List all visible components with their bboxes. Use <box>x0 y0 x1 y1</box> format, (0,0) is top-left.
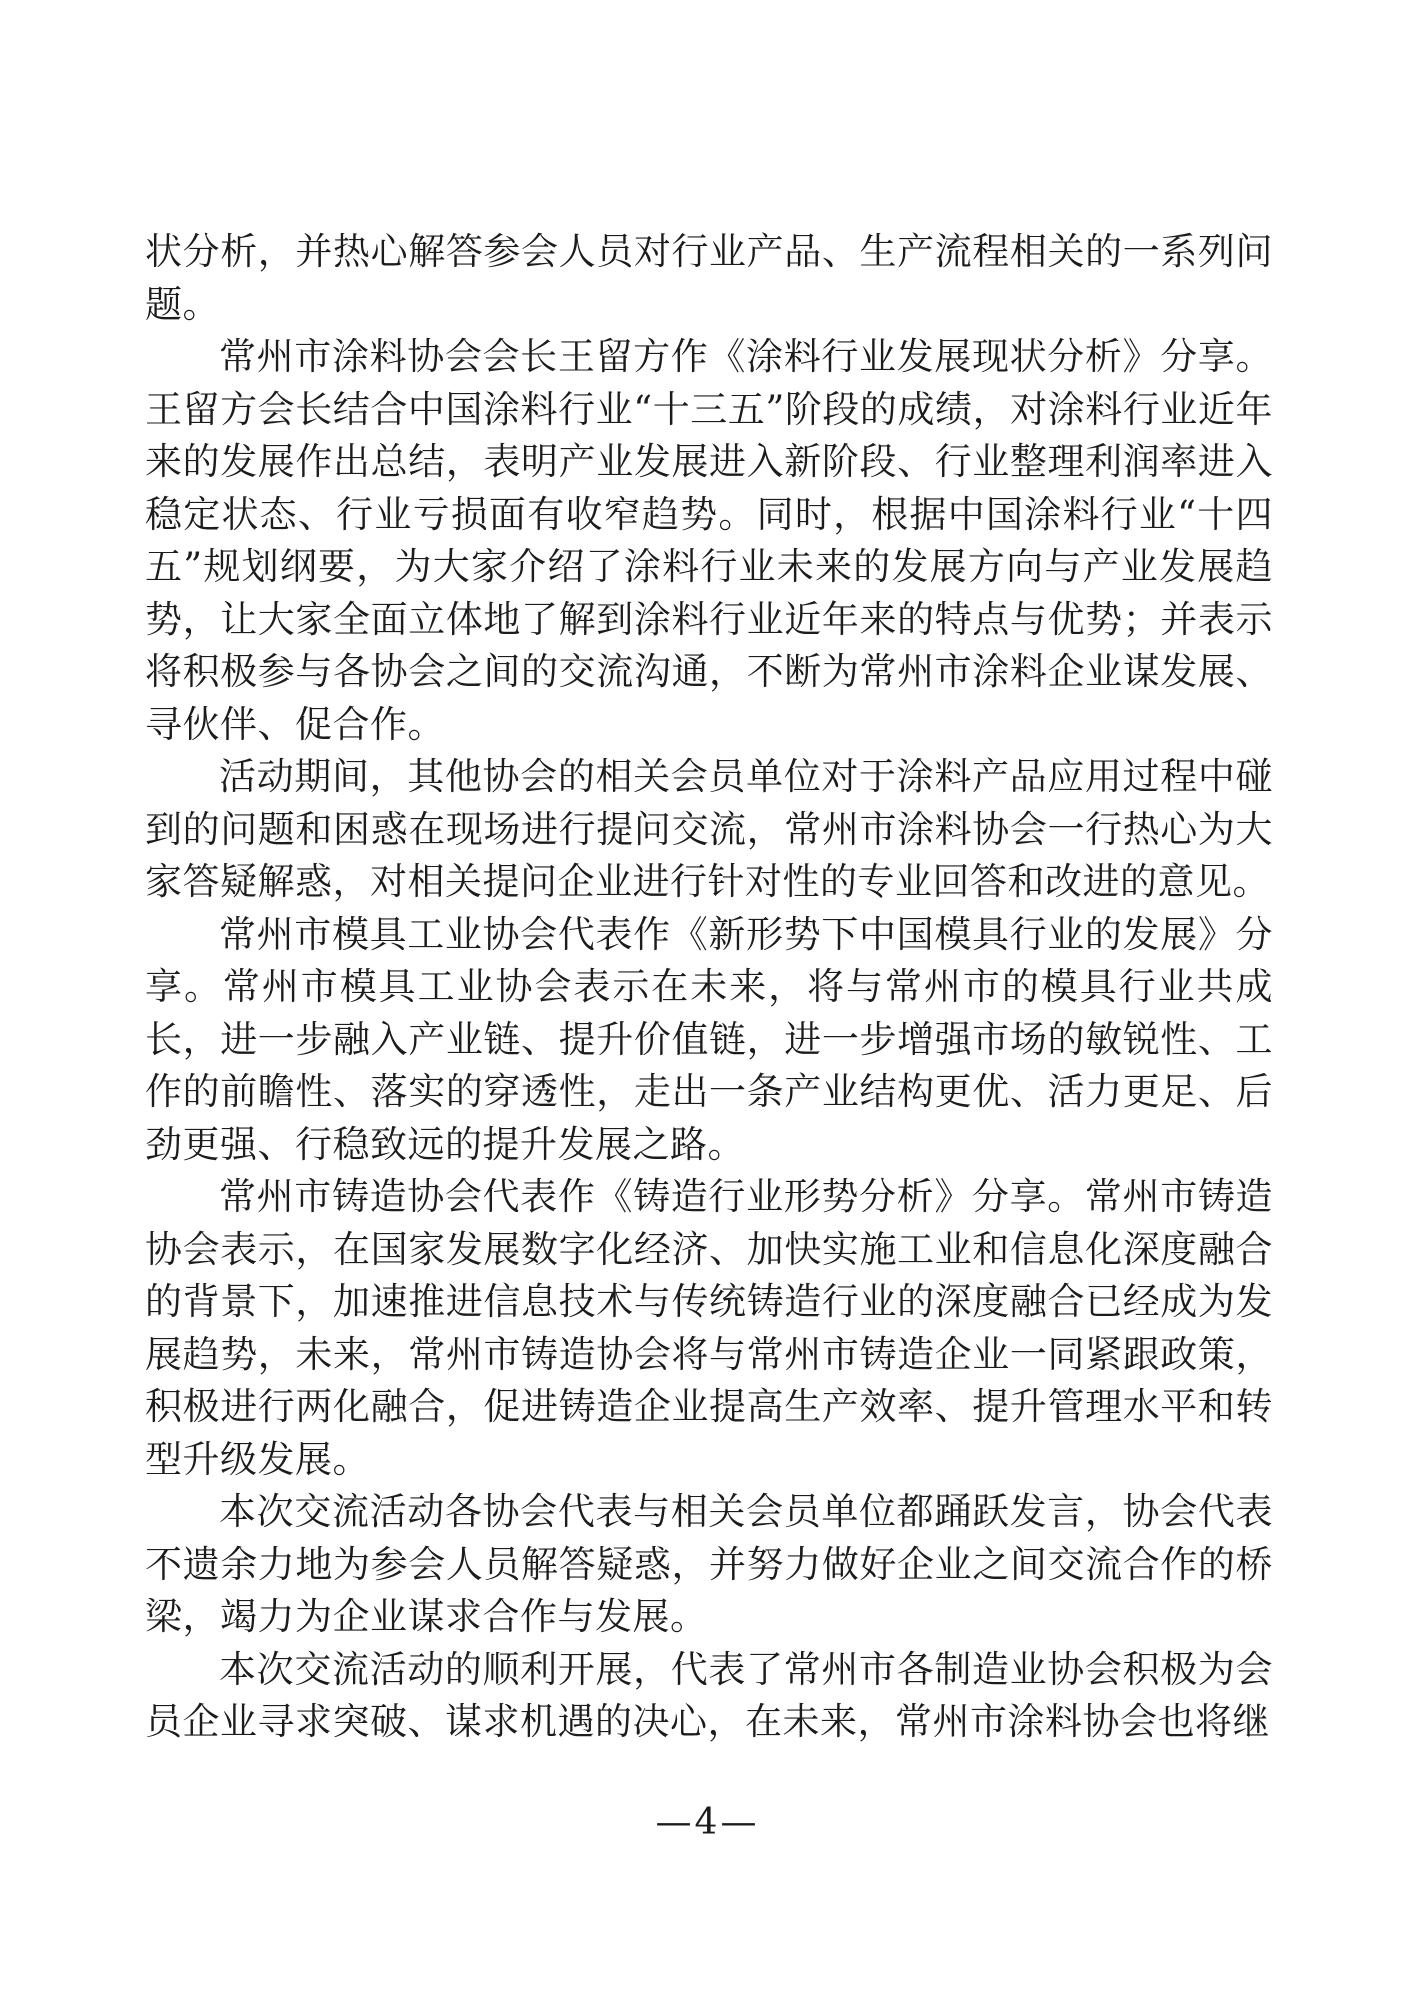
paragraph: 本次交流活动的顺利开展，代表了常州市各制造业协会积极为会员企业寻求突破、谋求机遇… <box>145 1644 1273 1749</box>
paragraph: 状分析，并热心解答参会人员对行业产品、生产流程相关的一系列问题。 <box>145 226 1273 331</box>
document-page: 状分析，并热心解答参会人员对行业产品、生产流程相关的一系列问题。 常州市涂料协会… <box>0 0 1415 2000</box>
paragraph: 常州市铸造协会代表作《铸造行业形势分析》分享。常州市铸造协会表示，在国家发展数字… <box>145 1171 1273 1486</box>
paragraph: 活动期间，其他协会的相关会员单位对于涂料产品应用过程中碰到的问题和困惑在现场进行… <box>145 751 1273 909</box>
paragraph: 本次交流活动各协会代表与相关会员单位都踊跃发言，协会代表不遗余力地为参会人员解答… <box>145 1486 1273 1644</box>
paragraph: 常州市模具工业协会代表作《新形势下中国模具行业的发展》分享。常州市模具工业协会表… <box>145 909 1273 1172</box>
paragraph: 常州市涂料协会会长王留方作《涂料行业发展现状分析》分享。王留方会长结合中国涂料行… <box>145 331 1273 751</box>
text-block: 状分析，并热心解答参会人员对行业产品、生产流程相关的一系列问题。 常州市涂料协会… <box>145 226 1273 1749</box>
page-number: —4— <box>0 1802 1415 1843</box>
